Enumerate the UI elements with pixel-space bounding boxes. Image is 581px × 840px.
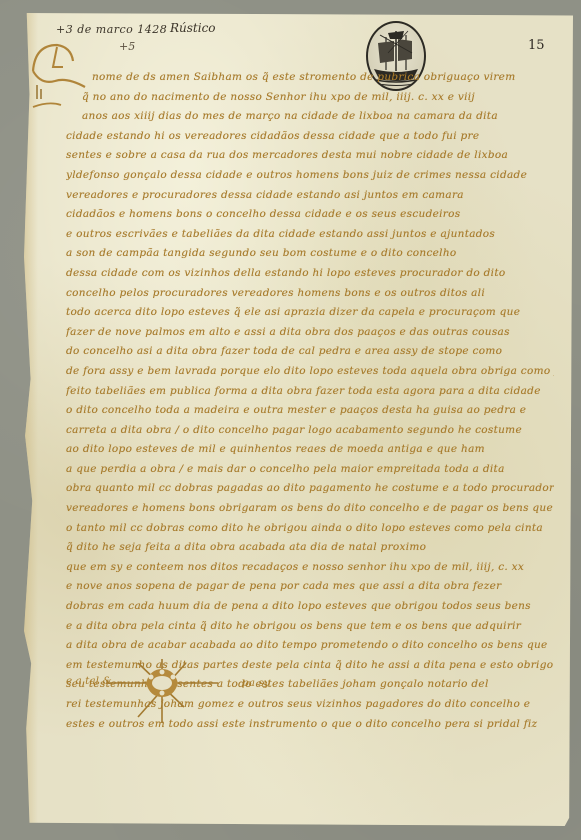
manuscript-line: o dito concelho toda a madeira e outra m… xyxy=(66,401,554,421)
manuscript-line: ao dito lopo esteves de mil e quinhentos… xyxy=(66,440,554,460)
manuscript-line: do concelho asi a dita obra fazer toda d… xyxy=(66,342,554,362)
archive-date-annotation: +3 de marco 1428 xyxy=(56,23,167,36)
manuscript-line: a son de campãa tangida segundo seu bom … xyxy=(66,244,554,264)
manuscript-line: concelho pelos procuradores vereadores h… xyxy=(66,284,554,304)
manuscript-line: nome de ds amen Saibham os q̃ este strom… xyxy=(66,68,554,88)
archive-title-annotation: Rústico xyxy=(170,21,216,35)
manuscript-line: fazer de nove palmos em alto e assi a di… xyxy=(66,323,554,343)
manuscript-body: nome de ds amen Saibham os q̃ este strom… xyxy=(66,68,554,734)
manuscript-line: cidade estando hi os vereadores cidadãos… xyxy=(66,127,554,147)
manuscript-line: e nove anos sopena de pagar de pena por … xyxy=(66,577,554,597)
manuscript-line: vereadores e procuradores dessa cidade e… xyxy=(66,186,554,206)
manuscript-line: anos aos xiiij dias do mes de março na c… xyxy=(66,107,554,127)
manuscript-line: q̃ no ano do nacimento de nosso Senhor i… xyxy=(66,88,554,108)
notarial-signature: e a tal & pa sy xyxy=(66,679,366,759)
parchment-stained-edge xyxy=(24,13,38,826)
manuscript-line: cidadãos e homens bons o concelho dessa … xyxy=(66,205,554,225)
manuscript-line: que em sy e conteem nos ditos recadaços … xyxy=(66,558,554,578)
folio-number: 15 xyxy=(528,38,545,53)
manuscript-line: a que perdia a obra / e mais dar o conce… xyxy=(66,460,554,480)
manuscript-line: dobras em cada huum dia de pena a dito l… xyxy=(66,597,554,617)
manuscript-line: sentes e sobre a casa da rua dos mercado… xyxy=(66,146,554,166)
manuscript-line: a dita obra de acabar acabada ao dito te… xyxy=(66,636,554,656)
notary-sign-star-icon xyxy=(102,659,222,739)
manuscript-line: todo acerca dito lopo esteves q̃ ele asi… xyxy=(66,303,554,323)
manuscript-line: o tanto mil cc dobras como dito he obrig… xyxy=(66,519,554,539)
manuscript-line: obra quanto mil cc dobras pagadas ao dit… xyxy=(66,479,554,499)
manuscript-line: carreta a dita obra / o dito concelho pa… xyxy=(66,421,554,441)
manuscript-line: de fora assy e bem lavrada porque elo di… xyxy=(66,362,554,382)
archive-number-annotation: +5 xyxy=(119,40,135,53)
manuscript-line: feito tabeliães em publica forma a dita … xyxy=(66,382,554,402)
manuscript-line: e outros escrivães e tabeliães da dita c… xyxy=(66,225,554,245)
manuscript-line: dessa cidade com os vizinhos della estan… xyxy=(66,264,554,284)
manuscript-line: q̃ dito he seja feita a dita obra acabad… xyxy=(66,538,554,558)
manuscript-line: e a dita obra pela cinta q̃ dito he obri… xyxy=(66,617,554,637)
parchment-page: +3 de marco 1428 Rústico +5 15 nome de d xyxy=(24,13,573,826)
manuscript-line: yldefonso gonçalo dessa cidade e outros … xyxy=(66,166,554,186)
manuscript-line: vereadores e homens bons obrigaram os be… xyxy=(66,499,554,519)
signature-suffix: pa sy xyxy=(242,677,270,689)
